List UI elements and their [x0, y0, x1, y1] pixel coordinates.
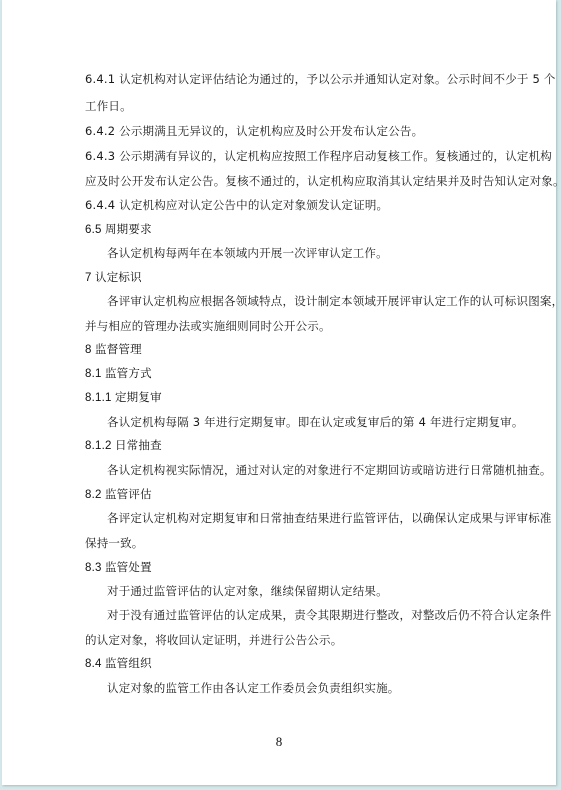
paragraph-line: 6.4.4 认定机构应对认定公告中的认定对象颁发认定证明。: [85, 197, 388, 213]
paragraph-line: 各认定机构每两年在本领域内开展一次评审认定工作。: [107, 245, 388, 261]
section-heading: 8.1.2 日常抽查: [85, 437, 162, 453]
paragraph-line: 对于没有通过监管评估的认定成果，责令其限期进行整改，对整改后仍不符合认定条件: [107, 607, 552, 623]
section-heading: 8.4 监管组织: [85, 655, 152, 671]
section-heading: 8.1 监管方式: [85, 365, 152, 381]
paragraph-line: 各评定认定机构对定期复审和日常抽查结果进行监管评估，以确保认定成果与评审标准: [107, 510, 552, 526]
section-heading: 8 监督管理: [85, 341, 142, 357]
paragraph-line: 保持一致。: [85, 535, 144, 551]
section-heading: 8.2 监管评估: [85, 486, 152, 502]
paragraph-line: 对于通过监管评估的认定对象，继续保留期认定结果。: [107, 583, 388, 599]
paragraph-line: 6.4.2 公示期满且无异议的，认定机构应及时公开发布认定公告。: [85, 123, 423, 139]
page-number: 8: [2, 734, 556, 750]
paragraph-line: 6.4.1 认定机构对认定评估结论为通过的，予以公示并通知认定对象。公示时间不少…: [85, 71, 556, 87]
section-heading: 6.5 周期要求: [85, 221, 152, 237]
paragraph-line: 6.4.3 公示期满有异议的，认定机构应按照工作程序启动复核工作。复核通过的，认…: [85, 148, 552, 164]
paragraph-line: 工作日。: [85, 98, 132, 114]
paragraph-line: 各评审认定机构应根据各领域特点，设计制定本领域开展评审认定工作的认可标识图案，: [107, 293, 561, 309]
paragraph-line: 并与相应的管理办法或实施细则同时公开公示。: [85, 318, 331, 334]
section-heading: 8.3 监管处置: [85, 559, 152, 575]
paragraph-line: 各认定机构每隔 3 年进行定期复审。即在认定或复审后的第 4 年进行定期复审。: [107, 414, 524, 430]
paragraph-line: 的认定对象，将收回认定证明，并进行公告公示。: [85, 632, 342, 648]
section-heading: 8.1.1 定期复审: [85, 389, 162, 405]
paragraph-line: 认定对象的监管工作由各认定工作委员会负责组织实施。: [107, 680, 400, 696]
section-heading: 7 认定标识: [85, 269, 142, 285]
paragraph-line: 应及时公开发布认定公告。复核不通过的，认定机构应取消其认定结果并及时告知认定对象…: [85, 173, 561, 189]
document-page: 6.4.1 认定机构对认定评估结论为通过的，予以公示并通知认定对象。公示时间不少…: [2, 0, 556, 785]
paragraph-line: 各认定机构视实际情况，通过对认定的对象进行不定期回访或暗访进行日常随机抽查。: [107, 462, 552, 478]
